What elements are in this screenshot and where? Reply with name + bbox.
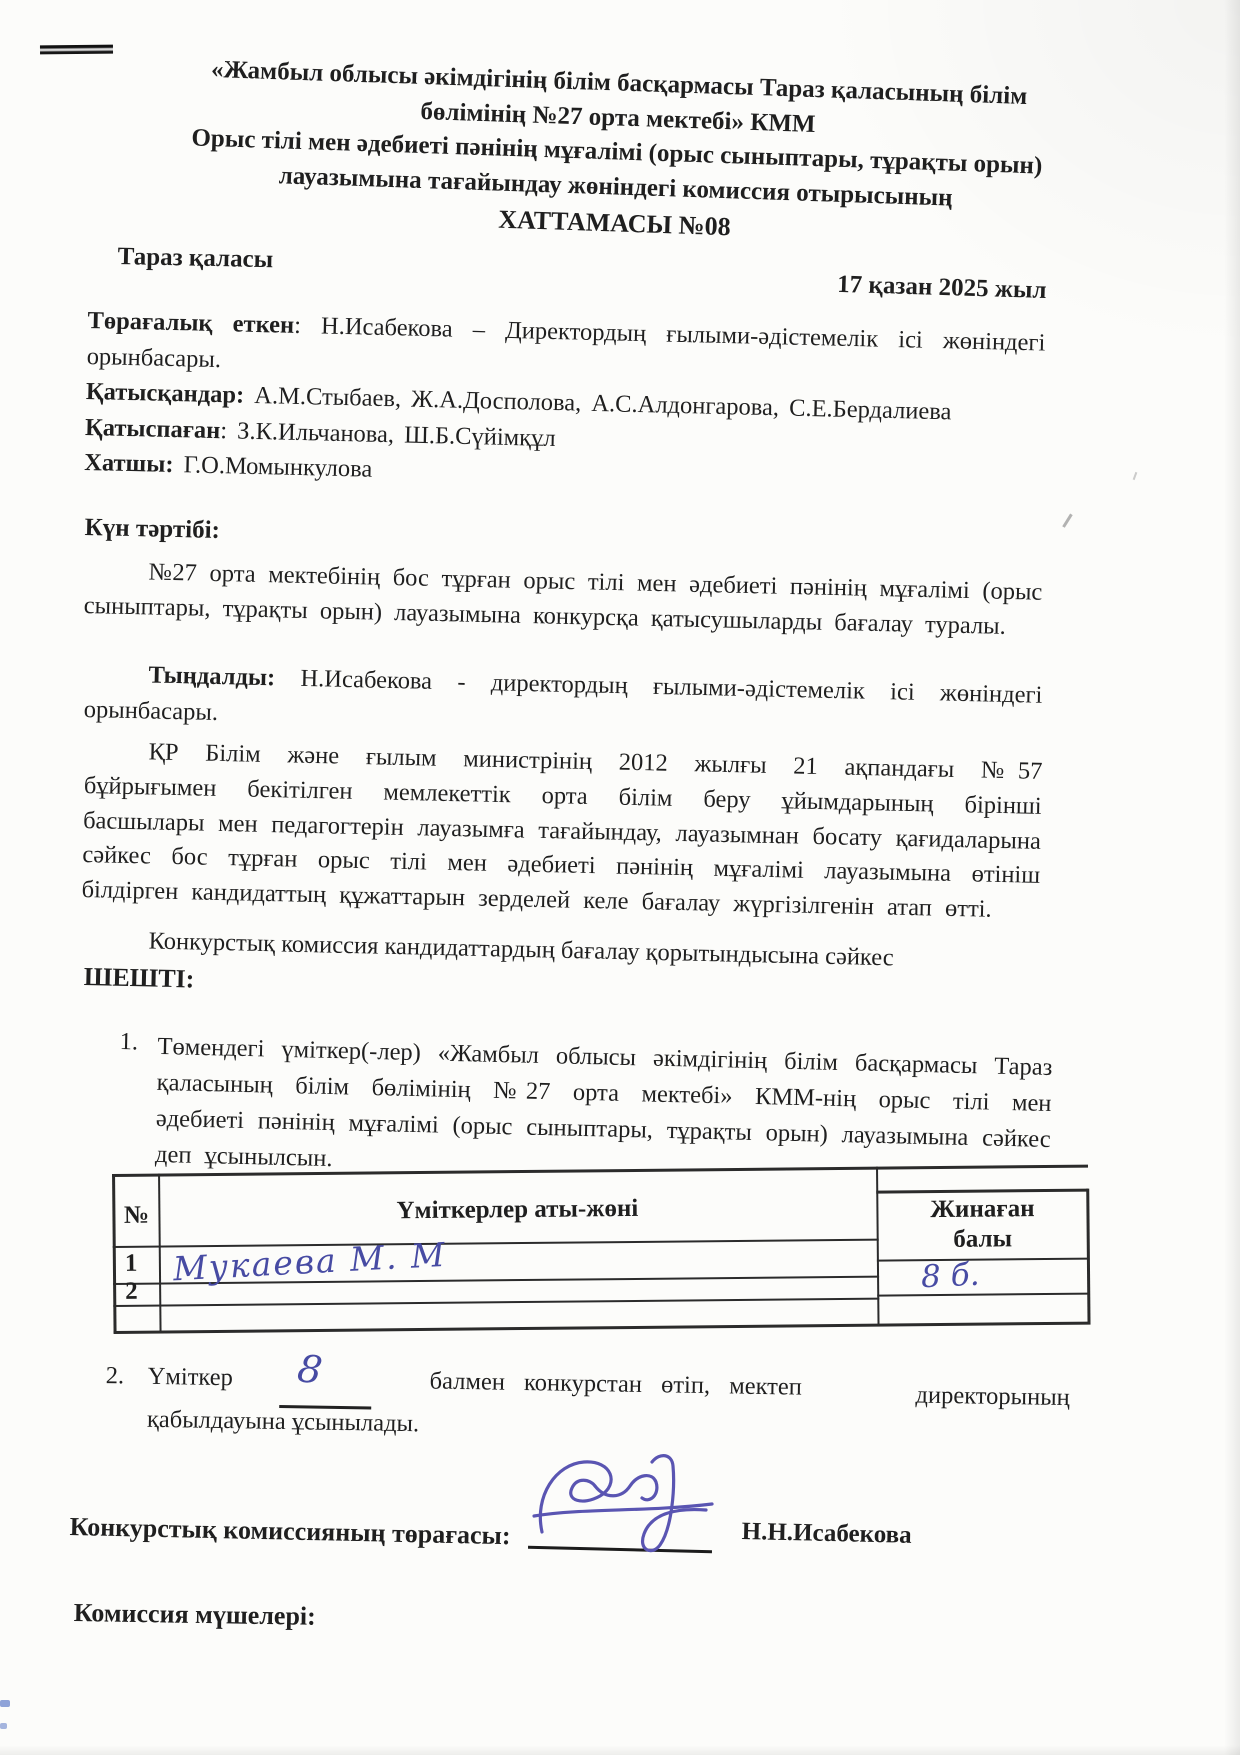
row-1-number: 1 (117, 1249, 165, 1277)
scan-pen-dash (40, 45, 113, 55)
col-header-number: № (116, 1202, 156, 1230)
city-label: Тараз қаласы (117, 243, 273, 274)
candidates-table: № Үміткерлер аты-жөні Жинаған балы 1 2 М… (110, 1161, 1092, 1338)
decision-item-2: 2. Үміткер 8 балмен конкурстан өтіп, мек… (100, 1358, 1145, 1375)
scan-right-edge-shade (1224, 0, 1240, 1755)
secretary-label: Хатшы: (84, 449, 174, 478)
scan-blue-edge-mark-2 (0, 1723, 7, 1729)
agenda-heading: Күн тәртібі: (84, 514, 220, 545)
scan-bottom-edge-shade (0, 1745, 1240, 1755)
scan-blue-edge-mark-1 (0, 1700, 10, 1707)
item-2-text-after: балмен конкурстан өтіп, мектеп (429, 1367, 802, 1401)
score-header-top-border (876, 1189, 1088, 1194)
score-header-bottom-border (877, 1258, 1089, 1262)
absent-value: : З.К.Ильчанова, Ш.Б.Сүйімқұл (220, 417, 556, 452)
chairperson-label: Төрағалық еткен (87, 307, 294, 339)
col-header-score-line2: балы (877, 1225, 1089, 1255)
commission-members-label: Комиссия мүшелері: (74, 1598, 317, 1632)
item-2-line-2: қабылдауына ұсынылады. (147, 1406, 420, 1439)
row-2-number: 2 (117, 1277, 165, 1305)
item-2-number: 2. (105, 1362, 124, 1390)
chair-signature-label: Конкурстық комиссияның төрағасы: (69, 1512, 511, 1551)
meeting-info-block: Төрағалық еткен: Н.Исабекова – Директорд… (84, 303, 1046, 503)
chair-signature-name: Н.Н.Исабекова (741, 1518, 912, 1550)
item-2-text-right: директорының (915, 1382, 1070, 1413)
item-2-text-before: Үміткер (147, 1363, 233, 1392)
scan-speck (1133, 472, 1138, 480)
decision-block: Конкурстық комиссия кандидаттардың бағал… (84, 926, 1043, 1014)
table-left-border (112, 1174, 116, 1333)
table-bottom-border (114, 1322, 1091, 1334)
heard-paragraph: Тыңдалды: Н.Исабекова - директордың ғылы… (83, 656, 1042, 750)
col-header-name: Үміткерлер аты-жөні (158, 1193, 876, 1228)
col-header-score-line1: Жинаған (876, 1195, 1088, 1225)
minister-order-paragraph: ҚР Білім және ғылым министрінің 2012 жыл… (81, 734, 1043, 929)
score-row-1-bottom-border (877, 1293, 1089, 1297)
heard-label: Тыңдалды: (148, 661, 275, 691)
scanned-protocol-page: «Жамбыл облысы әкімдігінің білім басқарм… (0, 0, 1240, 1755)
item-2-score-handwritten: 8 (295, 1346, 325, 1393)
secretary-value: Г.О.Момынкулова (173, 451, 372, 483)
row-2-bottom-border (113, 1298, 879, 1307)
chair-signature-ink (520, 1448, 755, 1566)
absent-label: Қатыспаған (85, 413, 221, 443)
scan-stray-mark (1062, 513, 1072, 527)
document-header: «Жамбыл облысы әкімдігінің білім басқарм… (116, 50, 1117, 258)
row-1-score-handwritten: 8 б. (920, 1257, 980, 1296)
agenda-paragraph: №27 орта мектебінің бос тұрған орыс тілі… (83, 553, 1042, 645)
attendees-label: Қатысқандар: (86, 378, 245, 409)
item-1-number: 1. (119, 1028, 138, 1056)
